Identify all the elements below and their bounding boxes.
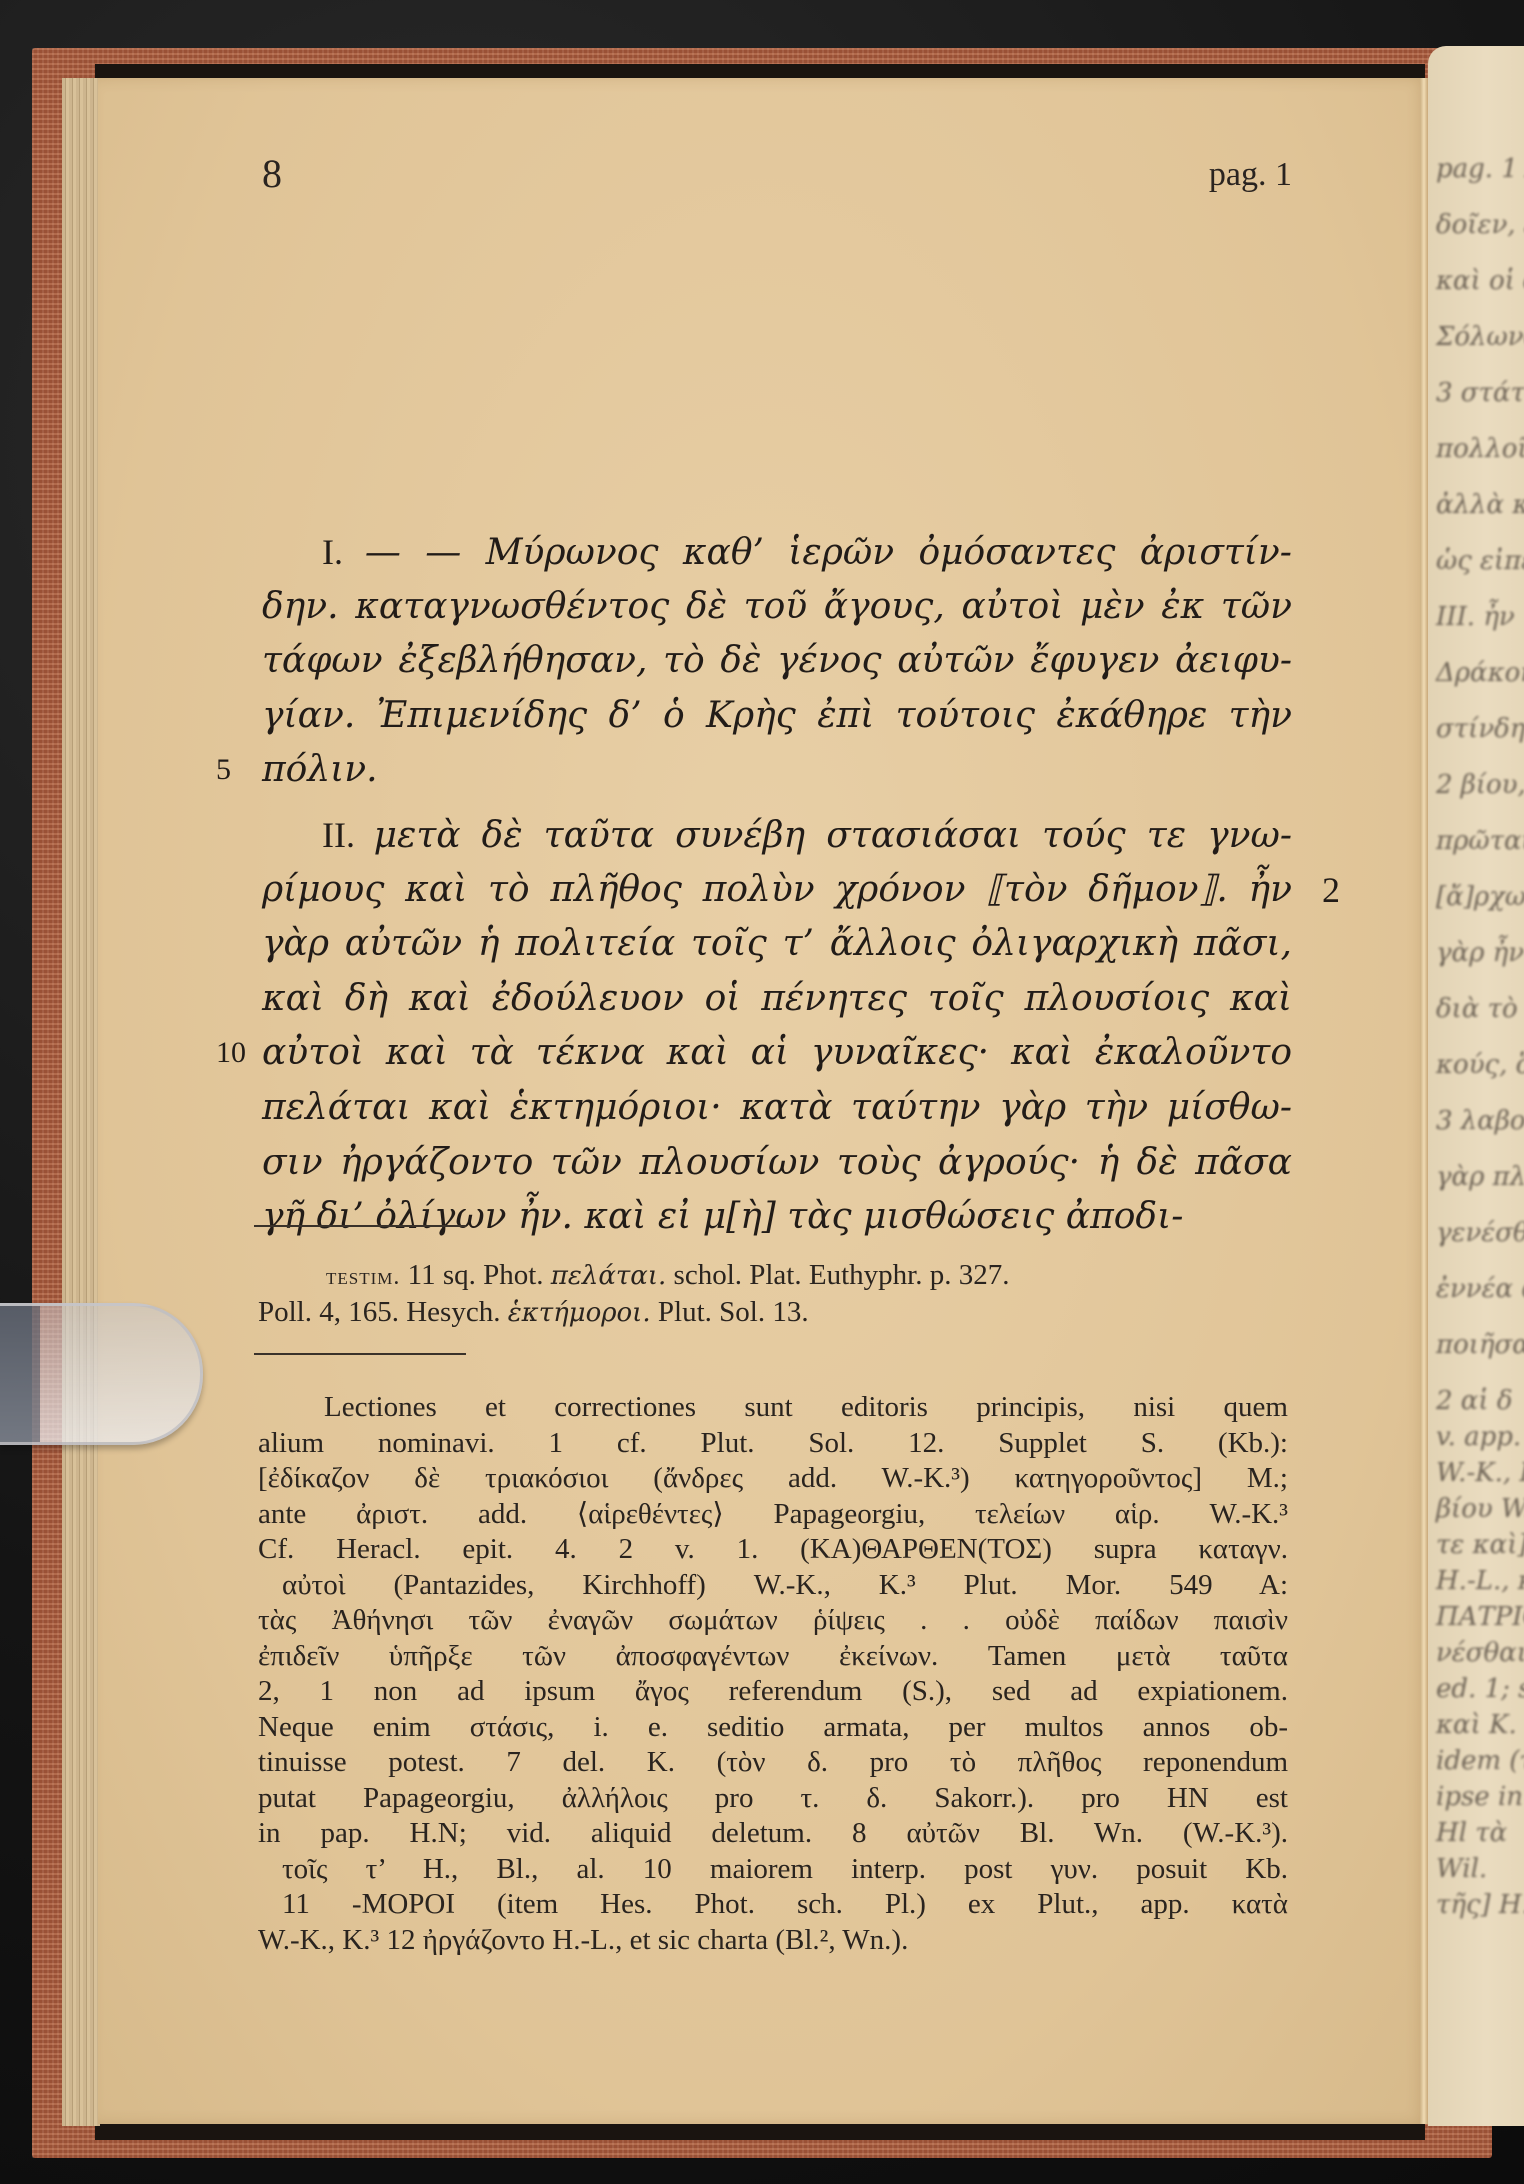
chapter-number: II. [322,815,374,855]
apparatus-line: Cf. Heracl. epit. 4. 2 v. 1. (ΚΑ)ΘΑΡΘΕΝ(… [258,1532,1288,1568]
greek-text: αὐτοὶ καὶ τὰ τέκνα καὶ αἱ γυναῖκες· καὶ … [262,1032,1292,1073]
greek-text: δην. καταγνωσθέντος δὲ τοῦ ἄγους, αὐτοὶ … [262,586,1292,627]
text-line: γὰρ αὐτῶν ἡ πολιτεία τοῖς τ’ ἄλλοις ὀλιγ… [262,917,1292,972]
apparatus-line: ante ἀριστ. add. ⟨αἱρεθέντες⟩ Papageorgi… [258,1497,1288,1533]
text-line: καὶ δὴ καὶ ἐδούλευον οἱ πένητες τοῖς πλο… [262,972,1292,1027]
text-line: 5πόλιν. [262,743,1292,798]
facing-page-line: 2 αἱ δ [1436,1386,1512,1416]
cover-shadow-top [95,64,1425,78]
apparatus-line: Neque enim στάσις, i. e. seditio armata,… [258,1710,1288,1746]
line-number: 5 [216,743,231,798]
greek-text: — — Μύρωνος καθ’ ἱερῶν ὀμόσαντες ἀριστίν… [365,532,1292,573]
facing-page-line: H.-L., κα [1436,1566,1524,1596]
facing-page-line: III. ἦν [1436,602,1515,632]
facing-page-line: ΠΑΤΡΙC [1436,1602,1524,1632]
testimonia: testim. 11 sq. Phot. πελάται. schol. Pla… [258,1258,1288,1331]
facing-page-line: pag. 1 ΑΠ [1436,154,1524,184]
apparatus-line: putat Papageorgiu, ἀλλήλοις pro τ. δ. Sa… [258,1781,1288,1817]
testimonia-text: 11 sq. Phot. [408,1259,551,1291]
bookmark-tab[interactable] [0,1303,203,1445]
facing-page-line: Hl τὰ [1436,1818,1507,1848]
text-line: σιν ἠργάζοντο τῶν πλουσίων τοὺς ἀγρούς· … [262,1136,1292,1191]
text-line: γῆ δι’ ὀλίγων ἦν. καὶ εἰ μ[ὴ] τὰς μισθώσ… [262,1190,1292,1245]
greek-text: μετὰ δὲ ταῦτα συνέβη στασιάσαι τούς τε γ… [374,815,1292,856]
critical-apparatus: Lectiones et correctiones sunt editoris … [258,1390,1288,1958]
facing-page-line: διὰ τὸ γεν [1436,994,1524,1024]
cover-shadow-bottom [95,2122,1425,2140]
facing-page-line: 3 λαβούσης [1436,1106,1524,1136]
apparatus-line: tinuisse potest. 7 del. K. (τὸν δ. pro τ… [258,1745,1288,1781]
facing-page-line: καὶ οἱ δεσ [1436,266,1524,296]
apparatus-rule [254,1353,466,1355]
apparatus-line: Lectiones et correctiones sunt editoris … [258,1390,1288,1426]
apparatus-line: αὐτοὶ (Pantazides, Kirchhoff) W.-K., K.³… [258,1568,1288,1604]
facing-page-line: γενέσθαι [1436,1218,1524,1248]
apparatus-line: [ἐδίκαζον δὲ τριακόσιοι (ἄνδρες add. W.-… [258,1461,1288,1497]
apparatus-line: τοῖς τ’ H., Bl., al. 10 maiorem interp. … [258,1852,1288,1888]
apparatus-line: W.-K., K.³ 12 ἠργάζοντο H.-L., et sic ch… [258,1923,1288,1959]
facing-page-line: πρῶται τῶ [1436,826,1524,856]
facing-page-line: δοῖεν, ἐγώ [1436,210,1524,240]
chapter-number: I. [322,532,365,572]
greek-text: γὰρ αὐτῶν ἡ πολιτεία τοῖς τ’ ἄλλοις ὀλιγ… [262,923,1292,964]
line-number: 10 [216,1026,246,1081]
greek-text: γῆ δι’ ὀλίγων ἦν. καὶ εἰ μ[ὴ] τὰς μισθώσ… [262,1196,1183,1237]
facing-page-line: στίνδην κα [1436,714,1524,744]
papyrus-line-marker: 2 [1322,863,1340,918]
text-line: δην. καταγνωσθέντος δὲ τοῦ ἄγους, αὐτοὶ … [262,580,1292,635]
facing-page-line: 3 στάτης. τ [1436,378,1524,408]
facing-page-line: Wil. [1436,1854,1487,1884]
facing-page-line: τε καὶ] K. [1436,1530,1524,1560]
facing-page: pag. 1 ΑΠδοῖεν, ἐγώκαὶ οἱ δεσΣόλωνος·3 σ… [1428,46,1524,2126]
text-line: τάφων ἐξεβλήθησαν, τὸ δὲ γένος αὐτῶν ἔφυ… [262,634,1292,689]
apparatus-line: in pap. H.N; vid. aliquid deletum. 8 αὐτ… [258,1816,1288,1852]
text-line: 10αὐτοὶ καὶ τὰ τέκνα καὶ αἱ γυναῖκες· κα… [262,1026,1292,1081]
facing-page-line: κούς, ὅθεν [1436,1050,1524,1080]
facing-page-line: Δράκοντος [1436,658,1524,688]
greek-text: γίαν. Ἐπιμενίδης δ’ ὁ Κρὴς ἐπὶ τούτοις ἐ… [262,695,1292,736]
facing-page-line: ὡς εἰπεῖν [1436,546,1524,576]
text-line: ρίμους καὶ τὸ πλῆθος πολὺν χρόνον ⟦τὸν δ… [262,863,1292,918]
page-number: 8 [262,150,282,197]
greek-text: πόλιν. [262,749,378,790]
text-line: I. — — Μύρωνος καθ’ ἱερῶν ὀμόσαντες ἀρισ… [262,525,1292,580]
greek-text: τάφων ἐξεβλήθησαν, τὸ δὲ γένος αὐτῶν ἔφυ… [262,640,1292,681]
facing-page-line: τῆς] H.- [1436,1890,1524,1920]
facing-page-line: 2 βίου, μετ [1436,770,1524,800]
apparatus-line: 2, 1 non ad ipsum ἄγος referendum (S.), … [258,1674,1288,1710]
facing-page-line: [ἄ]ρχων [1436,882,1524,912]
facing-page-line: ἀλλὰ καὶ ἐ [1436,490,1524,520]
facing-page-line: καὶ K. r [1436,1710,1524,1740]
facing-page-line: γὰρ ἦν πλ [1436,938,1524,968]
apparatus-line: alium nominavi. 1 cf. Plut. Sol. 12. Sup… [258,1426,1288,1462]
facing-page-line: ed. 1; se [1436,1674,1524,1704]
main-text: I. — — Μύρωνος καθ’ ἱερῶν ὀμόσαντες ἀρισ… [262,525,1292,1245]
apparatus-line: τὰς Ἀθήνησι τῶν ἐναγῶν σωμάτων ῥίψεις . … [258,1603,1288,1639]
facing-page-line: γὰρ πλείσ [1436,1162,1524,1192]
greek-text: σιν ἠργάζοντο τῶν πλουσίων τοὺς ἀγρούς· … [262,1142,1292,1183]
apparatus-line: 11 -ΜΟΡΟΙ (item Hes. Phot. sch. Pl.) ex … [258,1887,1288,1923]
facing-page-line: idem (τω [1436,1746,1524,1776]
facing-page-line: v. app. [1436,1422,1521,1452]
facing-page-line: νέσθαι (L [1436,1638,1524,1668]
facing-page-line: βίου W.-K [1436,1494,1524,1524]
facing-page-line: Σόλωνος· [1436,322,1524,352]
page-edges [62,78,100,2126]
testimonia-text: Plut. Sol. 13. [651,1296,809,1328]
apparatus-line: ἐπιδεῖν ὑπῆρξε τῶν ἀποσφαγέντων ἐκείνων.… [258,1639,1288,1675]
running-head: 8 pag. 1 [262,150,1292,200]
greek-text: πελάται καὶ ἑκτημόριοι· κατὰ ταύτην γὰρ … [262,1087,1292,1128]
facing-page-line: ipse in [1436,1782,1523,1812]
testimonia-text: schol. Plat. Euthyphr. p. 327. [666,1259,1009,1291]
text-line: πελάται καὶ ἑκτημόριοι· κατὰ ταύτην γὰρ … [262,1081,1292,1136]
facing-page-line: ποιῆσαι, [1436,1330,1524,1360]
facing-page-line: ἐννέα ἄρχ [1436,1274,1524,1304]
testimonia-label: testim. [258,1264,400,1290]
testimonia-text: Poll. 4, 165. Hesych. [258,1296,508,1328]
greek-text: καὶ δὴ καὶ ἐδούλευον οἱ πένητες τοῖς πλο… [262,978,1292,1019]
footnote-rule [254,1225,466,1227]
text-line: γίαν. Ἐπιμενίδης δ’ ὁ Κρὴς ἐπὶ τούτοις ἐ… [262,689,1292,744]
papyrus-page-reference: pag. 1 [1209,156,1292,194]
greek-text: ρίμους καὶ τὸ πλῆθος πολὺν χρόνον ⟦τὸν δ… [262,869,1292,910]
text-line: II. μετὰ δὲ ταῦτα συνέβη στασιάσαι τούς … [262,808,1292,863]
testimonia-greek: ἑκτήμοροι. [508,1298,651,1328]
facing-page-line: W.-K., H.- [1436,1458,1524,1488]
facing-page-line: πολλοῖς τῶ [1436,434,1524,464]
gutter [1420,78,1428,2124]
testimonia-greek: πελάται. [551,1261,666,1291]
